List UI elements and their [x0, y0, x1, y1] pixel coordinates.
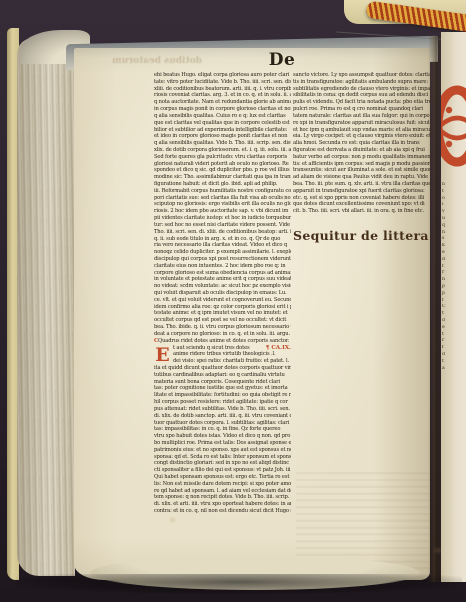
text-line: u — [442, 216, 464, 223]
text-line: riosis. 2 hoc idem pbo auctoritate sap. … — [154, 208, 291, 215]
text-line: batur verbo ad corpus: non p modu qualit… — [293, 154, 430, 161]
text-line: f — [442, 345, 464, 352]
text-line: vtru xpo habuit dotes istas. Video et di… — [154, 433, 291, 440]
left-column-paragraph-1: ebi beatus Hugo. eligat corpa gloriosa a… — [154, 72, 291, 338]
text-line: ebi beatus Hugo. eligat corpa gloriosa a… — [154, 72, 291, 79]
clipped-text-fragments: ntoivuqhskedfrnppfCtdetrfdta — [442, 182, 464, 372]
right-column-paragraph-1: sancto victore. Ly xpo assumpsit quattuo… — [293, 72, 430, 215]
foxing-spot — [282, 196, 286, 199]
text-line: p — [442, 284, 464, 291]
text-line: ria vero necessario illa claritas videat… — [154, 242, 291, 249]
text-line: C — [442, 304, 464, 311]
text-line: sponsa: qd et. Scda ro est talis: Inter … — [154, 454, 291, 461]
text-line: pulis et videndu. Qd facit tria notada p… — [293, 99, 430, 106]
text-line: qui voluit disparuit ab oculis discipulo… — [154, 290, 291, 297]
text-line: re qd habet ad sponsam. l. ad aiam vel e… — [154, 488, 291, 495]
text-line: pori claritatis sue: sed claritas illa f… — [154, 195, 291, 202]
text-line: sancto victore. Ly xpo assumpsit quattuo… — [293, 72, 430, 79]
text-line: modine sic: Tho. assimilabimur claritati… — [154, 174, 291, 181]
book-photograph: dotibus beatorum De ebi beatus Hugo. eli… — [0, 0, 466, 602]
text-line: a — [442, 366, 464, 373]
running-header: De — [252, 50, 312, 70]
text-line: Qui habet sponsam sponsus est: ergo etc.… — [154, 474, 291, 481]
text-line: et ideo in corpore glorioso magis ponit … — [154, 133, 291, 140]
text-line: di. xlix. de dotib sanctop. arti. iiii. … — [154, 413, 291, 420]
text-column-left: ebi beatus Hugo. eligat corpa gloriosa a… — [154, 72, 291, 515]
text-line: p — [442, 291, 464, 298]
text-line: riosis coveniat claritas. arg. 3. et in … — [154, 92, 291, 99]
text-line: q nota auctoritate. Nam et redundantia g… — [154, 99, 291, 106]
text-line: bo multiplici roe. Prima est talis: Dos … — [154, 440, 291, 447]
text-line: t — [442, 189, 464, 196]
text-line: hil corpus posset resistere: ridet agili… — [154, 399, 291, 406]
text-line: pii videntes claritate iustop: et hoc in… — [154, 215, 291, 222]
text-line: tutibus cardinalibus adaptari: eo q card… — [154, 372, 291, 379]
text-line: occultet corpus qd est post se vel no oc… — [154, 317, 291, 324]
text-line: tis in transfiguratoe: agilitatis ambula… — [293, 79, 430, 86]
showthrough-header-text: dotibus beatorum — [82, 56, 232, 66]
text-line: q — [442, 223, 464, 230]
text-line: no videat: scdm voluntate: ac sicut hoc … — [154, 283, 291, 290]
text-line: t — [442, 311, 464, 318]
text-line: tatem naturale: claritas aut illa sua fu… — [293, 113, 430, 120]
text-line: subtilitatis egrediendo de clauso vtero … — [293, 86, 430, 93]
text-line: materia sunt bona corporis. Cosequente r… — [154, 379, 291, 386]
text-line: sibilitatis in cena: qn dedit corpus suu… — [293, 92, 430, 99]
text-line: tis: et afficientis ipm corpus: sed magi… — [293, 161, 430, 168]
text-line: dei visio: spei ratio: charitati fruitio… — [173, 358, 291, 365]
text-line: in corpus magis ponit in corpore glorios… — [154, 106, 291, 113]
text-line: d — [442, 257, 464, 264]
text-line: eia. Ly virgo cocipet: et q clauso virgi… — [293, 133, 430, 140]
text-line: tuor quattuor dotes corpora. l. subtilit… — [154, 420, 291, 427]
text-line: alia hmoi. Secunda ro est: quia claritas… — [293, 140, 430, 147]
text-line: congt distinctio gloriari: sed in xpo no… — [154, 460, 291, 467]
left-column-paragraph-2: ita et quidd dicunt quattuor dotes corpo… — [154, 365, 291, 515]
gutter-crease — [428, 36, 442, 582]
text-line: claritate eius non intuentes. 2 hoc idem… — [154, 263, 291, 270]
text-line: in voluntate et potestate anime erit q c… — [154, 276, 291, 283]
section-heading: Sequitur de littera E — [293, 228, 430, 243]
text-line: nonoqz celido dupliciter. p exempli assi… — [154, 249, 291, 256]
text-line: v — [442, 209, 464, 216]
text-line: contra: et in co. q. nil non est dicendu… — [154, 508, 291, 515]
text-line: lis: Non est missile dare dotem recipi: … — [154, 481, 291, 488]
text-line: tur: sed hoc no esset nisi claritate vid… — [154, 222, 291, 229]
text-line: re xpi in transfiguratoe apparuit miracu… — [293, 120, 430, 127]
text-line: patrimoniu eius: et no sponso. xps aut e… — [154, 447, 291, 454]
text-line: gloriosi naturali videri poterit ab ocul… — [154, 161, 291, 168]
text-line: litate et impassibilitate: fortitudini: … — [154, 392, 291, 399]
text-line: d — [442, 352, 464, 359]
text-line: pus attenuat: ridet subtilitas. Vide b. … — [154, 406, 291, 413]
text-line: tate: vitro poter luciditate. Vide b. Th… — [154, 79, 291, 86]
text-line: testate anime: et q ipm imutet visum vel… — [154, 310, 291, 317]
text-line: r — [442, 338, 464, 345]
text-line: e — [442, 250, 464, 257]
text-line: tas: poter cognitione iustitie que est g… — [154, 385, 291, 392]
text-line: n — [442, 182, 464, 189]
text-line: Tho. iiii. scri. sen. di. xliii. de codi… — [154, 229, 291, 236]
text-line: q. ii. sub eode titulo in arg. x. et in … — [154, 236, 291, 243]
text-line: discipulop qui corpus xpi post resurrect… — [154, 256, 291, 263]
text-line: transeuntis: sicut aer illuminat a sole.… — [293, 167, 430, 174]
text-line: xlix. de dotib corpora gloriosorum. et. … — [154, 147, 291, 154]
text-line: ce. vlt. et qui voluit viderunt et cogno… — [154, 297, 291, 304]
text-line: e — [442, 325, 464, 332]
text-line: di. xlix. et arti. iiii. vtru xpo oporte… — [154, 501, 291, 508]
text-line: spondeo et dico q sic. qd dupliciter pbo… — [154, 167, 291, 174]
text-line: Sed forte queres gla pulcritudo: vtru cl… — [154, 154, 291, 161]
book-shadow — [16, 574, 462, 594]
text-line: figuratione habuit: et dicit glo. ibid. … — [154, 181, 291, 188]
text-line: xliii. de coditionibus beatorum. arti. i… — [154, 86, 291, 93]
text-line: i — [442, 202, 464, 209]
text-line: apparuit in transfiguratoe xpi fuerit cl… — [293, 188, 430, 195]
rubric-line-text: Quadrus ridet dotes anime et dotes corpo… — [158, 338, 289, 344]
text-line: q alia sensibilis qualitas. Vide b. Tho.… — [154, 140, 291, 147]
text-line: q alia sensibilis qualitas. Cuius ro e q… — [154, 113, 291, 120]
text-line: et hoc ipm q ambulauit sup vndas maris: … — [293, 127, 430, 134]
text-line: bea. Tho. iii. pte sum. q. xlv. arti. ii… — [293, 181, 430, 188]
open-page: dotibus beatorum De ebi beatus Hugo. eli… — [74, 48, 430, 580]
facing-page-sliver: ntoivuqhskedfrnppfCtdetrfdta — [441, 32, 466, 582]
text-line: pulcri roe. Prima ro est q cro nominat q… — [293, 106, 430, 113]
text-line: f — [442, 264, 464, 271]
text-line: tas: impassibilitas: in co. q. in fine. … — [154, 426, 291, 433]
chapter-number-marker: ¶ CA.IX. — [266, 345, 291, 352]
foxing-spot — [194, 143, 197, 146]
text-line: f — [442, 298, 464, 305]
text-line: etc. q. est si xpo pprie non coveniat ha… — [293, 195, 430, 202]
text-line: iii. Reformabit corpus humilitatis nostr… — [154, 188, 291, 195]
chapter-opening: E ¶ CA.IX. t aut sciendu q sicut tres do… — [154, 345, 291, 366]
text-line: que dotes dicunt excellentissime coveniu… — [293, 201, 430, 208]
text-column-right: sancto victore. Ly xpo assumpsit quattuo… — [293, 72, 430, 243]
text-line: cti sponsaliter a filio dei qui est spon… — [154, 467, 291, 474]
text-line: ita et quidd dicunt quattuor dotes corpo… — [154, 365, 291, 372]
foxing-spot — [170, 518, 175, 522]
text-line: n — [442, 277, 464, 284]
text-line: t — [442, 332, 464, 339]
text-line: bilior et subtilior ad experimeda intell… — [154, 127, 291, 134]
illuminated-initial-ornament — [441, 84, 466, 172]
text-line: corpore glorioso est suma obediencia cor… — [154, 270, 291, 277]
text-line: s — [442, 236, 464, 243]
text-line: anime ridere tribus virtutib theologicis… — [173, 351, 291, 358]
text-line: cit. b. Tho. iiii. scri. vbi allari. iii… — [293, 208, 430, 215]
text-line: bea. Tho. ibide. q. ii. vtru corpus glor… — [154, 324, 291, 331]
text-line: idem confirmo alia roe: qz color corpori… — [154, 304, 291, 311]
text-line: figuratoe est derivata a diuinitate: et … — [293, 147, 430, 154]
text-line: tem sponse: q non recipit dotes. Vide b.… — [154, 494, 291, 501]
text-line: que est claritas vel qualitas que in cor… — [154, 120, 291, 127]
text-line: r — [442, 270, 464, 277]
rubric-line: CQuadrus ridet dotes anime et dotes corp… — [154, 338, 291, 345]
text-line: o — [442, 196, 464, 203]
text-line: t — [442, 359, 464, 366]
text-line: h — [442, 230, 464, 237]
illuminated-initial: E — [154, 346, 171, 365]
text-line: deat a corpore no glorioso: in co. q. et… — [154, 331, 291, 338]
text-line: k — [442, 243, 464, 250]
text-line: sciputop no gloriosis: ergo visibilis er… — [154, 201, 291, 208]
text-line: d — [442, 318, 464, 325]
text-line: ad aliam de visione qua Paulus vidit deu… — [293, 174, 430, 181]
fore-edge-page-stack — [17, 38, 75, 576]
